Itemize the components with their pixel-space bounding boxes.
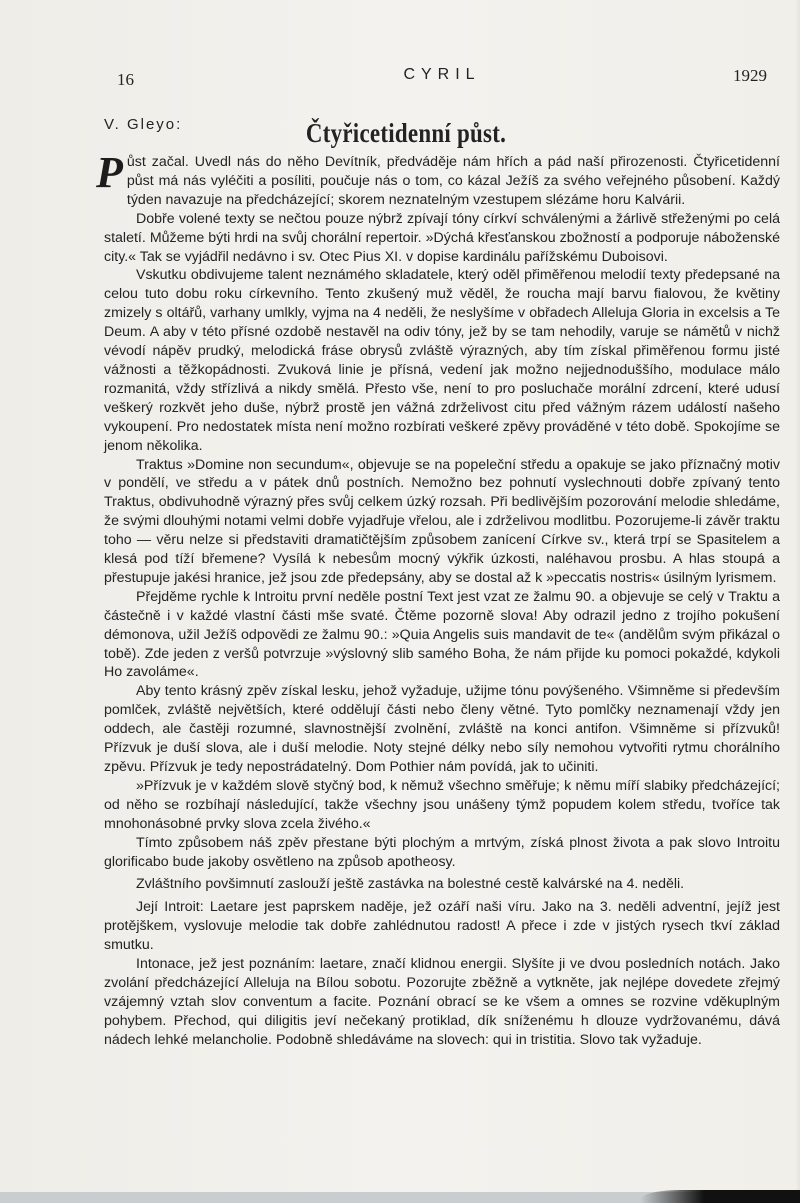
running-header: 16 CYRIL 1929 <box>117 66 767 90</box>
paragraph: Tímto způsobem náš zpěv přestane býti pl… <box>104 834 780 872</box>
paragraph: Přejděme rychle k Introitu první neděle … <box>104 588 780 683</box>
page-edge <box>794 0 800 1192</box>
paragraph: »Přízvuk je v každém slově styčný bod, k… <box>104 777 780 834</box>
drop-cap: P <box>96 155 123 191</box>
paragraph: Aby tento krásný zpěv získal lesku, jeho… <box>104 682 780 777</box>
year: 1929 <box>733 66 767 86</box>
article-body: Půst začal. Uvedl nás do něho Devítník, … <box>104 153 780 1050</box>
journal-title: CYRIL <box>117 66 767 84</box>
paragraph: Její Introit: Laetare jest paprskem nadě… <box>104 898 780 955</box>
article-title: Čtyřicetidenní půst. <box>66 118 746 149</box>
paragraph: Traktus »Domine non secundum«, objevuje … <box>104 456 780 588</box>
paragraph: Intonace, jež jest poznáním: laetare, zn… <box>104 955 780 1050</box>
paragraph: Zvláštního povšimnutí zaslouží ještě zas… <box>104 875 780 894</box>
paragraph-text: ůst začal. Uvedl nás do něho Devítník, p… <box>127 154 780 208</box>
paragraph: Půst začal. Uvedl nás do něho Devítník, … <box>104 153 780 210</box>
paragraph: Dobře volené texty se nečtou pouze nýbrž… <box>104 210 780 267</box>
scanned-page: 16 CYRIL 1929 V. Gleyo: Čtyřicetidenní p… <box>0 0 800 1192</box>
scan-shadow <box>640 1190 800 1203</box>
paragraph: Vskutku obdivujeme talent neznámého skla… <box>104 266 780 455</box>
